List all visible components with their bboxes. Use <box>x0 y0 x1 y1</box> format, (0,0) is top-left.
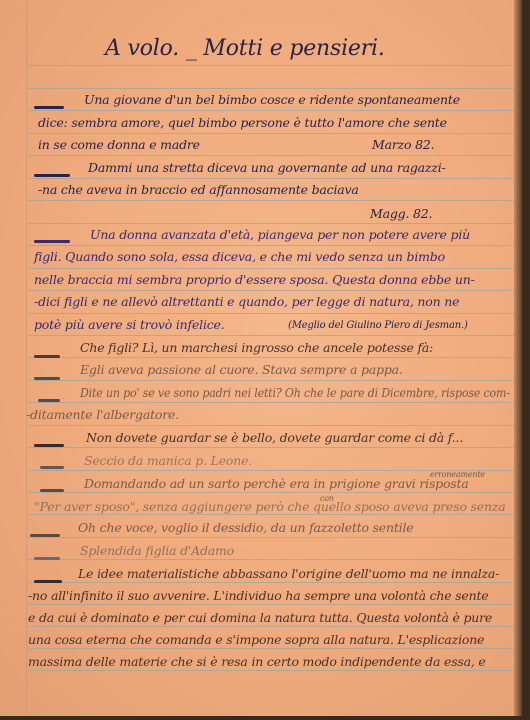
entry-line: -ditamente l'albergatore. <box>26 407 179 422</box>
ruled-line <box>28 155 514 156</box>
entry-dash <box>34 106 64 109</box>
ruled-line <box>28 290 514 291</box>
entry-line: Che figli? Lì, un marchesi ingrosso che … <box>80 340 433 355</box>
entry-line: "Per aver sposo", senza aggiungere però … <box>34 499 505 514</box>
entry-line: -dici figli e ne allevò altrettanti e qu… <box>34 294 459 309</box>
ruled-line <box>28 447 514 448</box>
ruled-line <box>28 223 514 224</box>
ruled-line <box>28 380 514 381</box>
ruled-line <box>28 514 514 515</box>
entry-line: Oh che voce, voglio il dessidio, da un f… <box>78 520 413 535</box>
entry-dash <box>34 240 70 243</box>
ruled-line <box>28 537 514 538</box>
entry-line: Egli aveva passione al cuore. Stava semp… <box>80 362 403 377</box>
notebook-page: A volo. _ Motti e pensieri. Una giovane … <box>0 0 522 716</box>
ruled-line <box>28 110 514 111</box>
entry-dash <box>34 580 62 583</box>
entry-signature: Marzo 82. <box>372 137 434 152</box>
ruled-line <box>28 178 514 179</box>
entry-line: -na che aveva in braccio ed affannosamen… <box>38 182 359 197</box>
entry-dash <box>40 466 64 469</box>
ruled-line <box>28 582 514 583</box>
ruled-line <box>28 648 514 649</box>
ruled-line <box>28 268 514 269</box>
entry-dash <box>34 444 64 447</box>
entry-dash <box>34 355 60 358</box>
entry-line: potè più avere si trovò infelice. <box>34 317 225 332</box>
ruled-line <box>28 335 514 336</box>
ruled-line <box>28 670 514 671</box>
ruled-line <box>28 425 514 426</box>
page-title: A volo. _ Motti e pensieri. <box>105 36 385 61</box>
ruled-line <box>28 133 514 134</box>
entry-line: Splendida figlia d'Adamo <box>80 543 234 558</box>
entry-line: in se come donna e madre <box>38 137 200 152</box>
entry-signature: Magg. 82. <box>370 206 432 221</box>
ruled-line <box>28 626 514 627</box>
ruled-line <box>28 65 514 66</box>
ruled-line <box>28 200 514 201</box>
ruled-line <box>28 559 514 560</box>
entry-dash <box>30 534 60 537</box>
entry-line: -no all'infinito il suo avvenire. L'indi… <box>28 588 489 603</box>
margin-line <box>26 0 27 716</box>
entry-line: una cosa eterna che comanda e s'impone s… <box>28 632 484 647</box>
entry-line: dice: sembra amore, quel bimbo persone è… <box>38 115 447 130</box>
entry-line: Seccio da manica p. Leone. <box>84 453 252 468</box>
entry-line: Domandando ad un sarto perchè era in pri… <box>84 476 469 491</box>
ruled-line <box>28 492 514 493</box>
ruled-line <box>28 245 514 246</box>
ruled-line <box>28 88 514 89</box>
entry-dash <box>34 557 60 560</box>
ruled-line <box>28 357 514 358</box>
entry-dash <box>34 377 60 380</box>
entry-dash <box>34 174 70 177</box>
entry-line: Non dovete guardar se è bello, dovete gu… <box>86 430 463 445</box>
ruled-line <box>28 402 514 403</box>
entry-line: Una donna avanzata d'età, piangeva per n… <box>90 227 470 242</box>
entry-dash <box>40 489 64 492</box>
entry-line: Dammi una stretta diceva una governante … <box>88 160 446 175</box>
entry-line: Una giovane d'un bel bimbo cosce e riden… <box>84 92 460 107</box>
entry-line: Le idee materialistiche abbassano l'orig… <box>78 566 499 581</box>
entry-line: massima delle materie che si è resa in c… <box>28 654 486 669</box>
entry-line: Dite un po' se ve sono padri nei letti? … <box>80 385 510 400</box>
entry-line: e da cui è dominato e per cui domina la … <box>28 610 492 625</box>
ruled-line <box>28 313 514 314</box>
entry-citation: (Meglio del Giulino Piero di Jesman.) <box>288 320 468 331</box>
entry-line: figli. Quando sono sola, essa diceva, e … <box>34 249 445 264</box>
ruled-line <box>28 604 514 605</box>
entry-dash <box>38 399 60 402</box>
entry-line: nelle braccia mi sembra proprio d'essere… <box>34 272 475 287</box>
